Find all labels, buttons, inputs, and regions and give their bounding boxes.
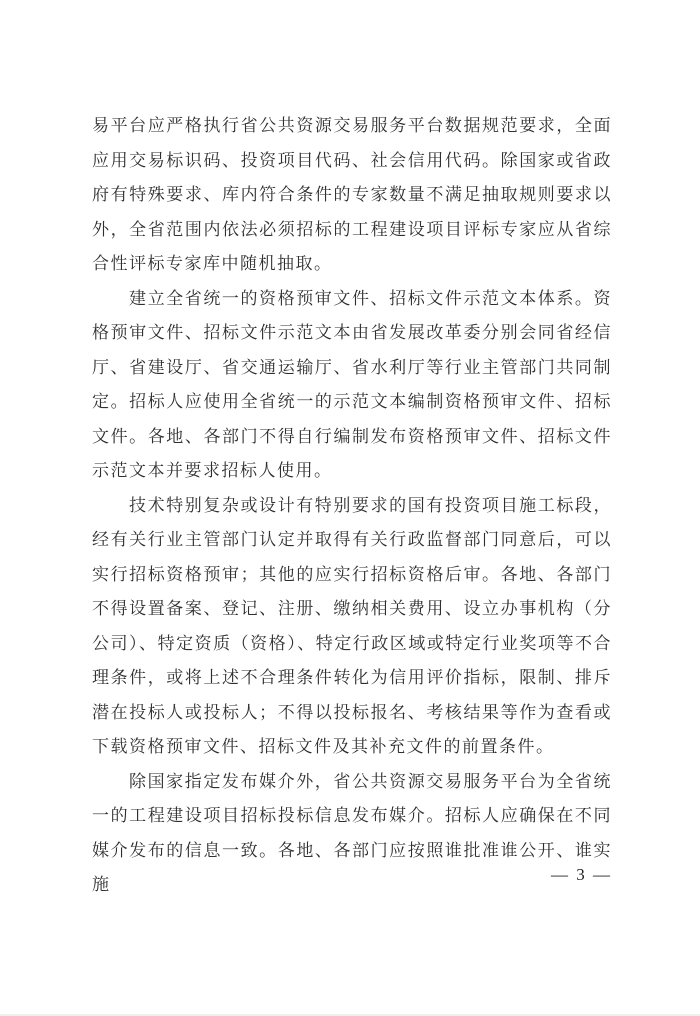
document-body: 易平台应严格执行省公共资源交易服务平台数据规范要求，全面应用交易标识码、投资项目… (92, 109, 612, 903)
paragraph-prequalification: 技术特别复杂或设计有特别要求的国有投资项目施工标段，经有关行业主管部门认定并取得… (92, 489, 612, 765)
paragraph-continuation: 易平台应严格执行省公共资源交易服务平台数据规范要求，全面应用交易标识码、投资项目… (92, 109, 612, 282)
page-number: — 3 — (92, 864, 612, 886)
scanned-document-page: 易平台应严格执行省公共资源交易服务平台数据规范要求，全面应用交易标识码、投资项目… (0, 0, 700, 1016)
paragraph-model-documents: 建立全省统一的资格预审文件、招标文件示范文本体系。资格预审文件、招标文件示范文本… (92, 282, 612, 489)
